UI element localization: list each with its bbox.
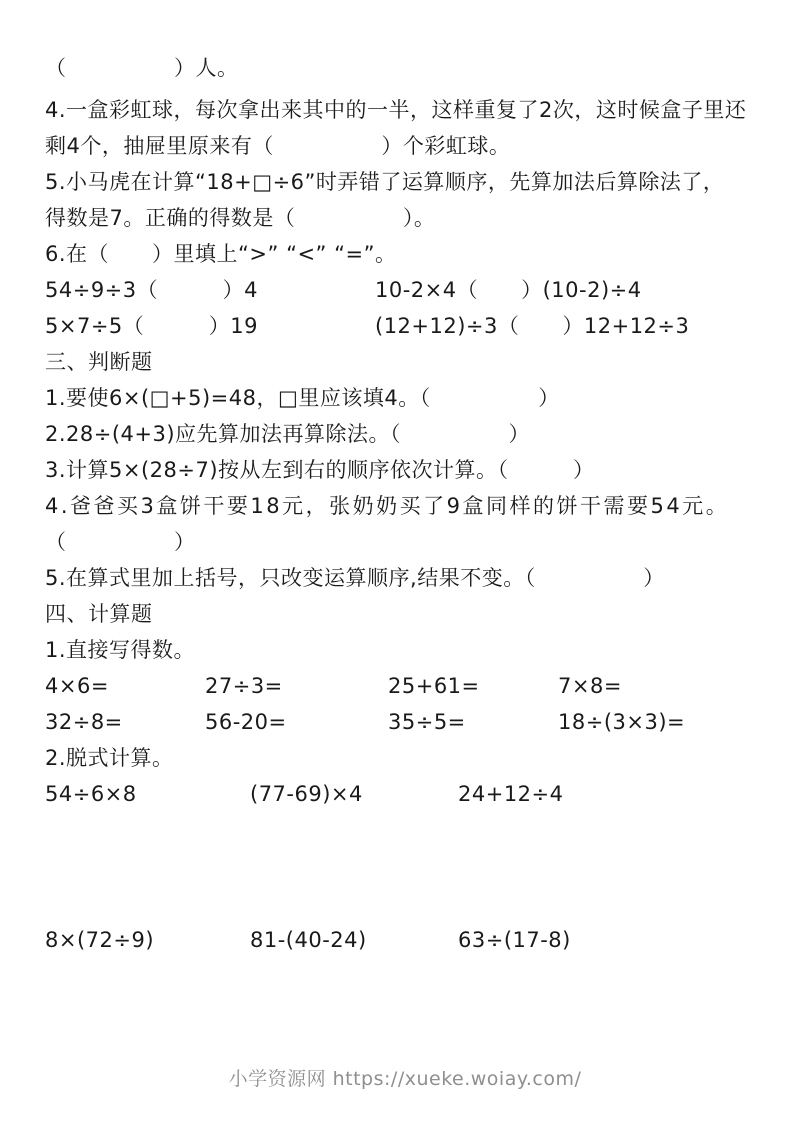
math-expression: 56-20= [205, 704, 388, 740]
worksheet-page: （ ）人。 4.一盒彩虹球，每次拿出来其中的一半，这样重复了2次，这时候盒子里还… [0, 0, 793, 1122]
mental-calc-row2: 32÷8= 56-20= 35÷5= 18÷(3×3)= [45, 704, 765, 740]
fill-in-q4-line2: 剩4个，抽屉里原来有（ ）个彩虹球。 [45, 128, 765, 164]
math-expression: 7×8= [558, 668, 622, 704]
math-expression: (77-69)×4 [250, 776, 458, 812]
math-expression: 18÷(3×3)= [558, 704, 685, 740]
fill-in-q6-row1: 54÷9÷3（ ）4 10-2×4（ ）(10-2)÷4 [45, 272, 765, 308]
math-expression: 54÷6×8 [45, 776, 250, 812]
math-expression: 4×6= [45, 668, 205, 704]
judgment-q4-line2: （ ） [45, 524, 765, 560]
stepwise-calc-row1: 54÷6×8 (77-69)×4 24+12÷4 [45, 776, 765, 812]
comparison-expression: (12+12)÷3（ ）12+12÷3 [375, 308, 689, 344]
fill-in-q4-line1: 4.一盒彩虹球，每次拿出来其中的一半，这样重复了2次，这时候盒子里还 [45, 92, 765, 128]
fill-in-carryover-answer-line: （ ）人。 [45, 50, 765, 86]
stepwise-calc-label: 2.脱式计算。 [45, 740, 765, 776]
judgment-q1: 1.要使6×(□+5)=48，□里应该填4。（ ） [45, 380, 765, 416]
judgment-section-title: 三、判断题 [45, 344, 765, 380]
judgment-q2: 2.28÷(4+3)应先算加法再算除法。（ ） [45, 416, 765, 452]
fill-in-q6-row2: 5×7÷5（ ）19 (12+12)÷3（ ）12+12÷3 [45, 308, 765, 344]
math-expression: 24+12÷4 [458, 776, 564, 812]
fill-in-q5-line2: 得数是7。正确的得数是（ ）。 [45, 200, 765, 236]
judgment-q4-line1: 4.爸爸买3盒饼干要18元，张奶奶买了9盒同样的饼干需要54元。 [45, 488, 765, 524]
judgment-q5: 5.在算式里加上括号，只改变运算顺序,结果不变。（ ） [45, 560, 765, 596]
mental-calc-row1: 4×6= 27÷3= 25+61= 7×8= [45, 668, 765, 704]
math-expression: 8×(72÷9) [45, 922, 250, 958]
judgment-q3: 3.计算5×(28÷7)按从左到右的顺序依次计算。（ ） [45, 452, 765, 488]
fill-in-q5-line1: 5.小马虎在计算“18+□÷6”时弄错了运算顺序，先算加法后算除法了， [45, 164, 765, 200]
math-expression: 27÷3= [205, 668, 388, 704]
math-expression: 35÷5= [388, 704, 558, 740]
math-expression: 81-(40-24) [250, 922, 458, 958]
calculation-section-title: 四、计算题 [45, 596, 765, 632]
math-expression: 63÷(17-8) [458, 922, 571, 958]
comparison-expression: 5×7÷5（ ）19 [45, 308, 375, 344]
math-expression: 32÷8= [45, 704, 205, 740]
comparison-expression: 10-2×4（ ）(10-2)÷4 [375, 272, 642, 308]
site-watermark: 小学资源网 https://xueke.woiay.com/ [45, 1059, 765, 1095]
stepwise-calc-row2: 8×(72÷9) 81-(40-24) 63÷(17-8) [45, 922, 765, 958]
comparison-expression: 54÷9÷3（ ）4 [45, 272, 375, 308]
mental-calc-label: 1.直接写得数。 [45, 632, 765, 668]
fill-in-q6-intro: 6.在（ ）里填上“>” “<” “=”。 [45, 236, 765, 272]
math-expression: 25+61= [388, 668, 558, 704]
